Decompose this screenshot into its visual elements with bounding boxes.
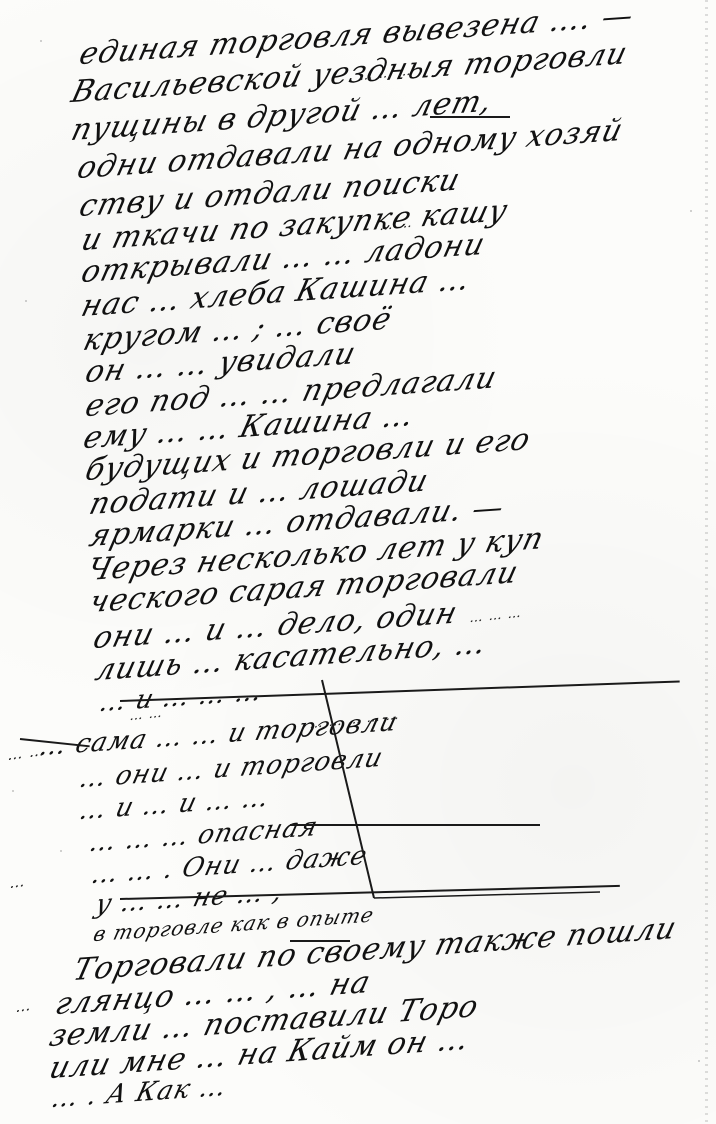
paper-speck [690,210,692,212]
underline [430,116,510,118]
interlinear-note: … … [379,216,414,233]
underline [290,824,540,826]
interlinear-note: … … … [469,606,523,625]
paper-speck [698,1060,700,1062]
paper-speck [25,300,27,302]
interlinear-note: … … [129,706,164,723]
margin-note: … [15,998,33,1016]
paper-speck [40,40,42,42]
paper-speck [12,790,14,792]
margin-note: … [9,874,27,892]
manuscript-page: единая торговля вывезена …. — Васильевск… [0,0,716,1124]
paper-speck [60,850,62,852]
underline [290,940,350,942]
page-edge-shadow [705,0,708,1124]
